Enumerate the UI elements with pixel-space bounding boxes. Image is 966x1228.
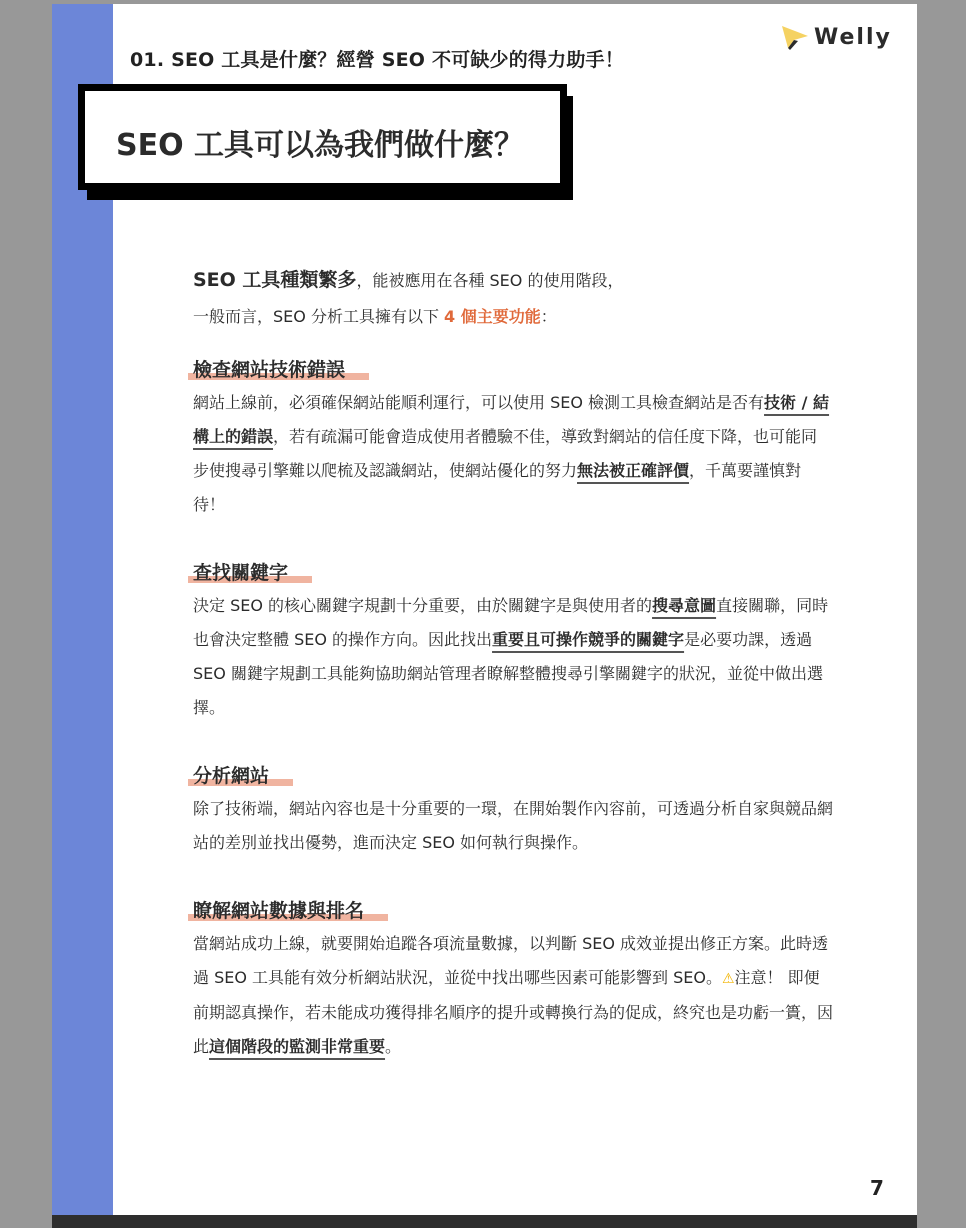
intro-line1: ，能被應用在各種 SEO 的使用階段， (356, 271, 623, 290)
warning-icon: ⚠ (722, 971, 735, 987)
section-heading: 查找關鍵字 (193, 558, 312, 585)
intro-lead: SEO 工具種類繁多 (193, 269, 356, 291)
section-heading: 分析網站 (193, 761, 293, 788)
bottom-strip (52, 1215, 917, 1228)
intro: SEO 工具種類繁多，能被應用在各種 SEO 的使用階段， 一般而言，SEO 分… (193, 262, 833, 335)
page-number: 7 (870, 1176, 884, 1200)
section-body: 除了技術端，網站內容也是十分重要的一環，在開始製作內容前，可透過分析自家與競品網… (193, 792, 833, 860)
section-body: 網站上線前，必須確保網站能順利運行，可以使用 SEO 檢測工具檢查網站是否有技術… (193, 386, 833, 522)
intro-colon: ： (541, 307, 557, 326)
section-body: 決定 SEO 的核心關鍵字規劃十分重要，由於關鍵字是與使用者的搜尋意圖直接關聯，… (193, 589, 833, 725)
welly-logo: Welly (780, 24, 892, 50)
emphasis-text: 這個階段的監測非常重要 (209, 1037, 385, 1056)
emphasis-text: 搜尋意圖 (652, 596, 716, 615)
chapter-title: 01. SEO 工具是什麼？經營 SEO 不可缺少的得力助手！ (130, 45, 624, 72)
section-data-ranking: 瞭解網站數據與排名 當網站成功上線，就要開始追蹤各項流量數據，以判斷 SEO 成… (193, 896, 833, 1064)
document-page: 01. SEO 工具是什麼？經營 SEO 不可缺少的得力助手！ Welly SE… (52, 4, 917, 1215)
body-text: 除了技術端，網站內容也是十分重要的一環，在開始製作內容前，可透過分析自家與競品網… (193, 799, 833, 852)
content: SEO 工具種類繁多，能被應用在各種 SEO 的使用階段， 一般而言，SEO 分… (193, 262, 833, 1064)
page-title: SEO 工具可以為我們做什麼？ (116, 120, 524, 164)
logo-arrow-icon (780, 24, 810, 50)
logo-text: Welly (814, 25, 892, 50)
section-heading: 瞭解網站數據與排名 (193, 896, 388, 923)
body-text: 網站上線前，必須確保網站能順利運行，可以使用 SEO 檢測工具檢查網站是否有 (193, 393, 764, 412)
section-heading: 檢查網站技術錯誤 (193, 355, 369, 382)
emphasis-text: 無法被正確評價 (577, 461, 689, 480)
emphasis-text: 重要且可操作競爭的關鍵字 (492, 630, 684, 649)
intro-line2: 一般而言，SEO 分析工具擁有以下 (193, 307, 439, 326)
section-analyze-site: 分析網站 除了技術端，網站內容也是十分重要的一環，在開始製作內容前，可透過分析自… (193, 761, 833, 860)
section-tech-errors: 檢查網站技術錯誤 網站上線前，必須確保網站能順利運行，可以使用 SEO 檢測工具… (193, 355, 833, 522)
body-text: 決定 SEO 的核心關鍵字規劃十分重要，由於關鍵字是與使用者的 (193, 596, 652, 615)
intro-accent: 4 個主要功能 (444, 307, 541, 326)
section-body: 當網站成功上線，就要開始追蹤各項流量數據，以判斷 SEO 成效並提出修正方案。此… (193, 927, 833, 1064)
section-keywords: 查找關鍵字 決定 SEO 的核心關鍵字規劃十分重要，由於關鍵字是與使用者的搜尋意… (193, 558, 833, 725)
body-text: 。 (385, 1037, 401, 1056)
